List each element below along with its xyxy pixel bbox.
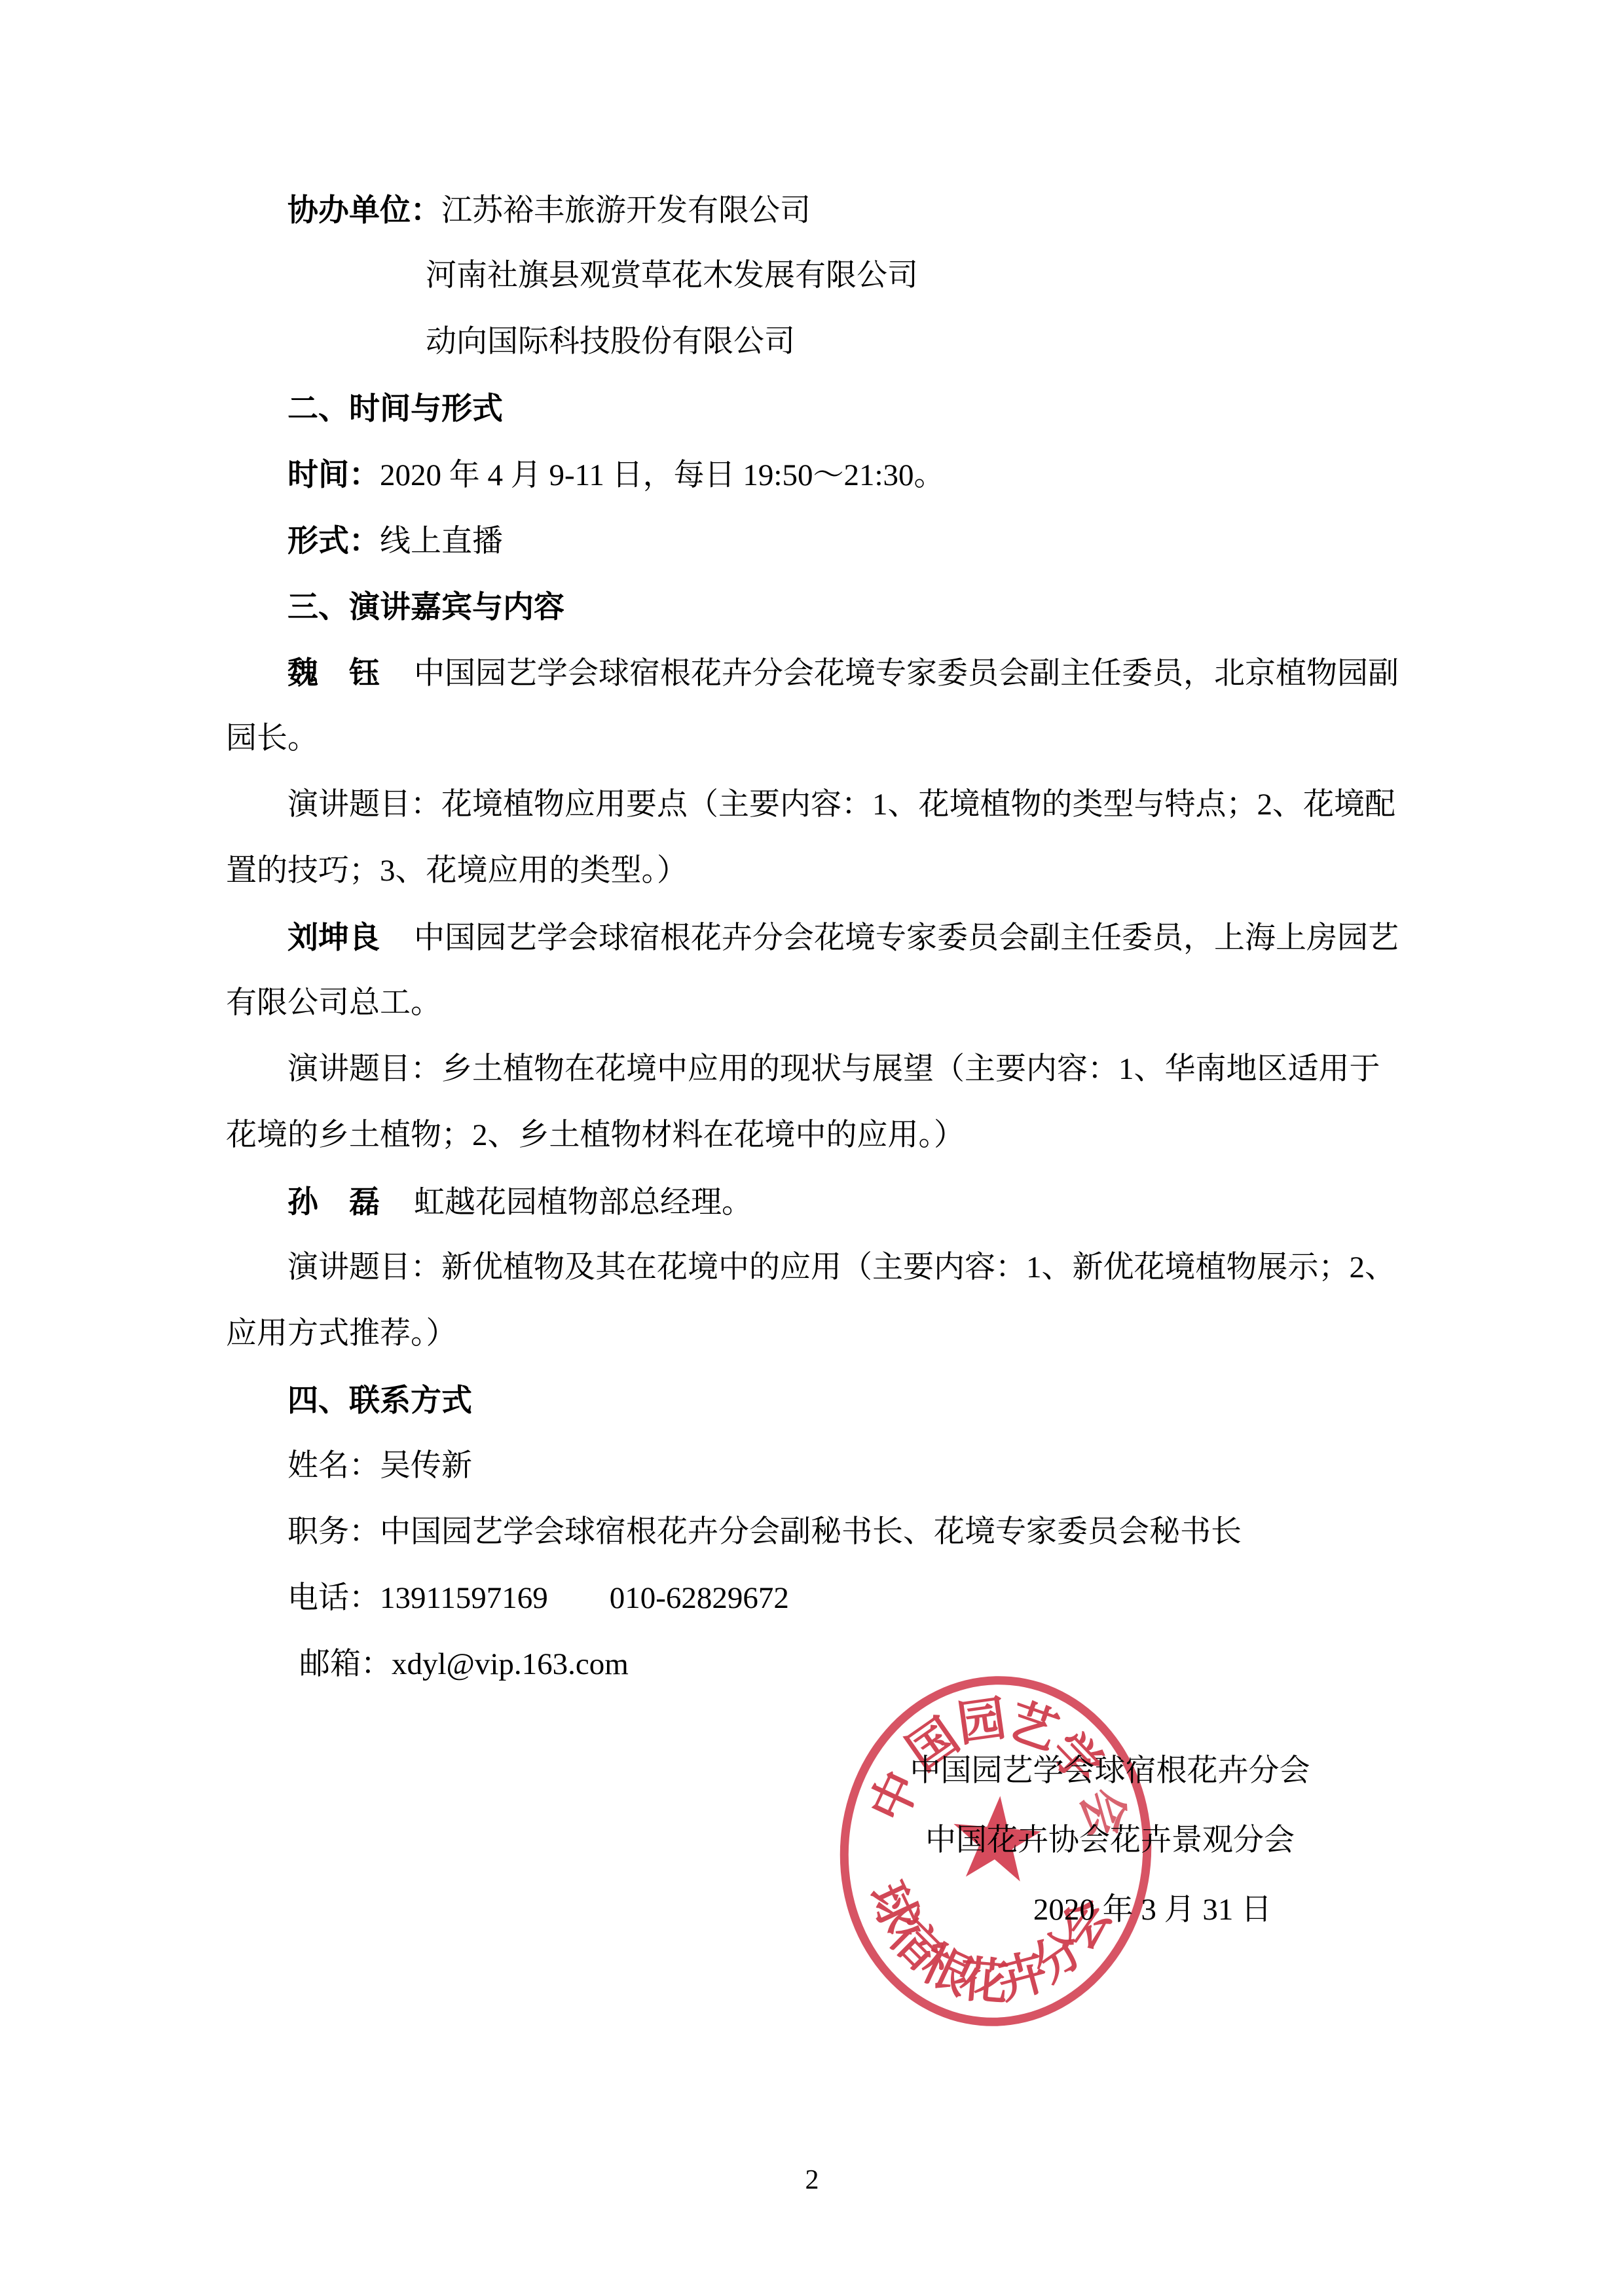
speaker-2-topic-line-2: 花境的乡土植物；2、乡土植物材料在花境中的应用。） [226,1102,1398,1169]
speaker-1-line-1: 魏 钰中国园艺学会球宿根花卉分会花境专家委员会副主任委员，北京植物园副 [226,640,1398,706]
speaker-2-bio-1: 中国园艺学会球宿根花卉分会花境专家委员会副主任委员，上海上房园艺 [414,921,1399,955]
contact-email: 邮箱：xdyl@vip.163.com [299,1647,629,1681]
co-organizer-2: 河南社旗县观赏草花木发展有限公司 [426,259,918,293]
speaker-1-topic-line-2: 置的技巧；3、花境应用的类型。） [226,838,1398,904]
section-2-heading: 二、时间与形式 [226,375,1398,441]
format-line: 形式：线上直播 [226,507,1398,574]
contact-email-line: 邮箱：xdyl@vip.163.com [226,1631,1398,1698]
speaker-1-bio-1: 中国园艺学会球宿根花卉分会花境专家委员会副主任委员，北京植物园副 [414,657,1399,691]
speaker-1-name: 魏 钰 [287,655,380,690]
speaker-3-topic-1: 演讲题目：新优植物及其在花境中的应用（主要内容：1、新优花境植物展示；2、 [287,1250,1395,1285]
speaker-3-topic-line-1: 演讲题目：新优植物及其在花境中的应用（主要内容：1、新优花境植物展示；2、 [226,1235,1398,1301]
speaker-1-line-2: 园长。 [226,706,1398,772]
contact-name: 姓名：吴传新 [287,1449,472,1483]
section-4-heading-text: 四、联系方式 [287,1383,472,1417]
speaker-1-topic-line-1: 演讲题目：花境植物应用要点（主要内容：1、花境植物的类型与特点；2、花境配 [226,772,1398,838]
contact-phone-line: 电话：13911597169 010-62829672 [226,1565,1398,1631]
co-organizer-label: 协办单位： [287,192,441,227]
speaker-3-line-1: 孙 磊虹越花园植物部总经理。 [226,1169,1398,1235]
section-4-heading: 四、联系方式 [226,1367,1398,1433]
contact-title: 职务：中国园艺学会球宿根花卉分会副秘书长、花境专家委员会秘书长 [287,1515,1242,1549]
speaker-1-bio-2: 园长。 [226,721,318,756]
section-3-heading: 三、演讲嘉宾与内容 [226,574,1398,640]
speaker-2-topic-1: 演讲题目：乡土植物在花境中应用的现状与展望（主要内容：1、华南地区适用于 [287,1052,1380,1086]
signature-block: 中国园艺学会球宿根花卉分会 中国花卉协会花卉景观分会 2020 年 3 月 31… [894,1736,1326,1944]
speaker-3-name: 孙 磊 [287,1184,380,1219]
speaker-3-topic-line-2: 应用方式推荐。） [226,1301,1398,1367]
document-page: 协办单位：江苏裕丰旅游开发有限公司 河南社旗县观赏草花木发展有限公司 动向国际科… [0,0,1624,2296]
contact-name-line: 姓名：吴传新 [226,1433,1398,1499]
speaker-2-line-1: 刘坤良中国园艺学会球宿根花卉分会花境专家委员会副主任委员，上海上房园艺 [226,904,1398,970]
speaker-2-topic-2: 花境的乡土植物；2、乡土植物材料在花境中的应用。） [226,1118,965,1152]
contact-phone: 电话：13911597169 010-62829672 [287,1581,789,1615]
co-organizer-3: 动向国际科技股份有限公司 [426,325,795,359]
co-organizer-1: 江苏裕丰旅游开发有限公司 [441,194,811,228]
format-value: 线上直播 [380,524,503,558]
document-body: 协办单位：江苏裕丰旅游开发有限公司 河南社旗县观赏草花木发展有限公司 动向国际科… [0,0,1624,1698]
speaker-3-topic-2: 应用方式推荐。） [226,1317,457,1351]
contact-title-line: 职务：中国园艺学会球宿根花卉分会副秘书长、花境专家委员会秘书长 [226,1499,1398,1565]
time-line: 时间：2020 年 4 月 9-11 日，每日 19:50～21:30。 [226,441,1398,507]
signature-org-2: 中国花卉协会花卉景观分会 [894,1806,1326,1875]
format-label: 形式： [287,523,380,558]
co-organizer-line-1: 协办单位：江苏裕丰旅游开发有限公司 [226,177,1398,243]
signature-org-1: 中国园艺学会球宿根花卉分会 [894,1736,1326,1806]
speaker-1-topic-1: 演讲题目：花境植物应用要点（主要内容：1、花境植物的类型与特点；2、花境配 [287,788,1395,822]
speaker-2-line-2: 有限公司总工。 [226,970,1398,1036]
speaker-3-bio: 虹越花园植物部总经理。 [414,1186,752,1220]
speaker-2-bio-2: 有限公司总工。 [226,986,441,1020]
time-value: 2020 年 4 月 9-11 日，每日 19:50～21:30。 [380,458,945,492]
signature-date: 2020 年 3 月 31 日 [979,1875,1326,1944]
speaker-1-topic-2: 置的技巧；3、花境应用的类型。） [226,854,688,888]
time-label: 时间： [287,457,380,492]
section-2-heading-text: 二、时间与形式 [287,391,503,426]
section-3-heading-text: 三、演讲嘉宾与内容 [287,589,564,624]
page-number: 2 [0,2164,1624,2196]
co-organizer-line-3: 动向国际科技股份有限公司 [226,309,1398,375]
speaker-2-name: 刘坤良 [287,920,380,955]
speaker-2-topic-line-1: 演讲题目：乡土植物在花境中应用的现状与展望（主要内容：1、华南地区适用于 [226,1036,1398,1102]
co-organizer-line-2: 河南社旗县观赏草花木发展有限公司 [226,243,1398,309]
